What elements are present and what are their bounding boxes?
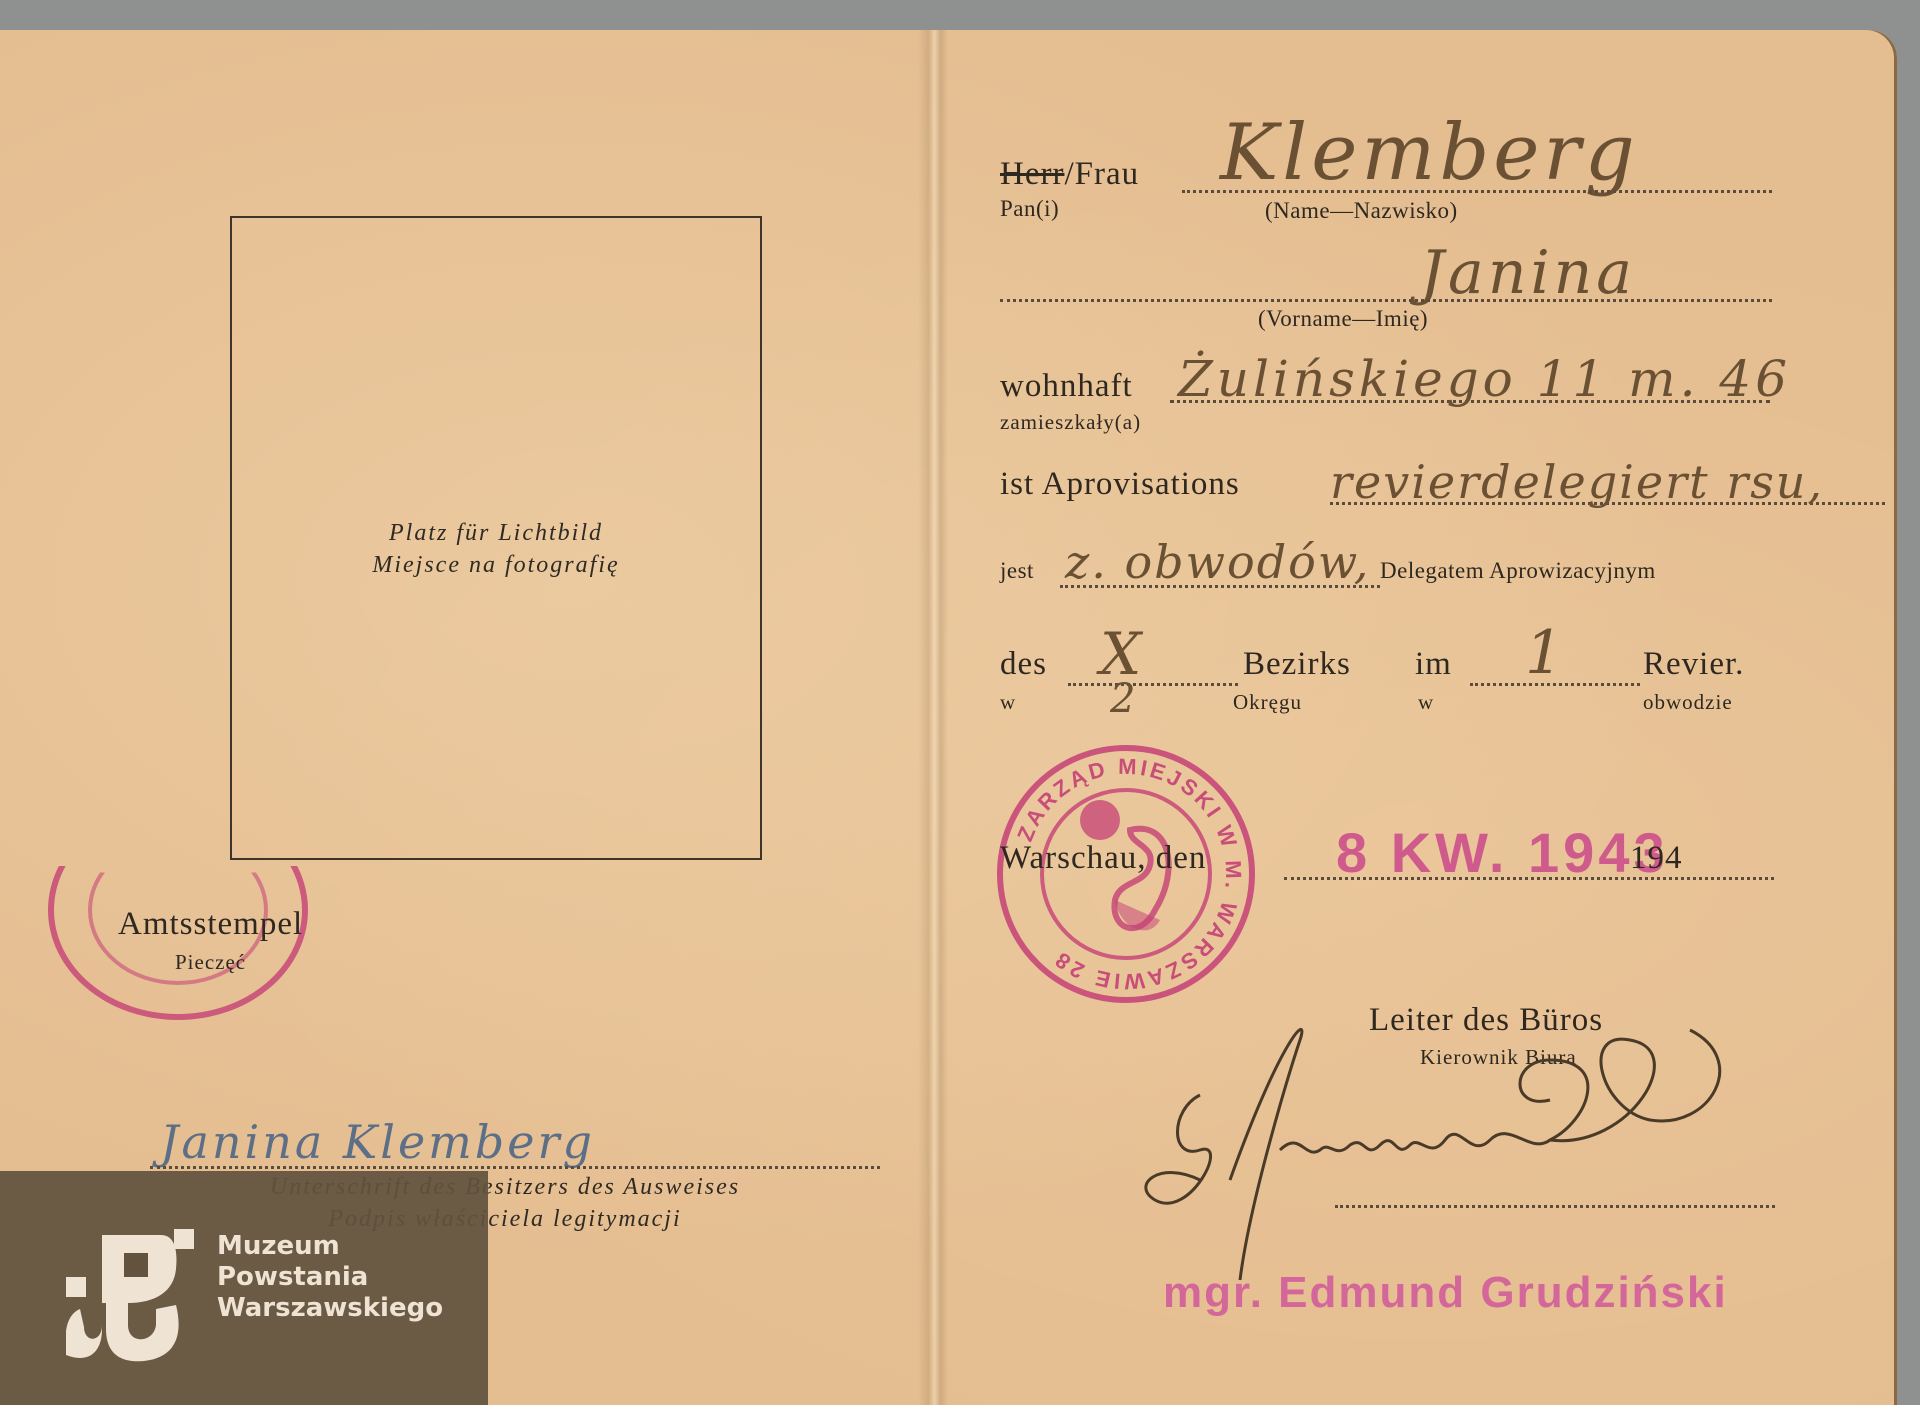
first-name-value: Janina — [1420, 238, 1636, 308]
district-value-pl: 2 — [1110, 676, 1139, 722]
role-pl-value: z. obwodów, — [1065, 535, 1370, 589]
official-stamp-label-pl: Pieczęć — [175, 950, 246, 975]
date-stamp: 8 KW. 1943 — [1336, 820, 1669, 885]
address-label-pl: zamieszkały(a) — [1000, 410, 1141, 435]
signatory-name-stamp: mgr. Edmund Grudziński — [1163, 1268, 1728, 1318]
address-value: Żulińskiego 11 m. 46 — [1178, 350, 1791, 408]
date-year-prefix: 194 — [1630, 840, 1683, 877]
district-w2: w — [1418, 690, 1434, 715]
district-line — [1068, 683, 1238, 686]
museum-name-line2: Powstania — [217, 1262, 443, 1293]
district-bezirks: Bezirks — [1243, 646, 1351, 683]
district-okregu: Okręgu — [1233, 690, 1302, 715]
museum-logo-overlay: Muzeum Powstania Warszawskiego — [0, 1171, 488, 1405]
role-label-de: ist Aprovisations — [1000, 466, 1240, 503]
surname-value: Klemberg — [1220, 108, 1639, 198]
surname-line — [1182, 190, 1772, 193]
official-signature — [1130, 1000, 1870, 1300]
surname-caption: (Name—Nazwisko) — [1265, 198, 1458, 224]
museum-name-line1: Muzeum — [217, 1231, 443, 1262]
district-obwodzie: obwodzie — [1643, 690, 1733, 715]
revier-value: 1 — [1525, 618, 1567, 688]
district-revier: Revier. — [1643, 646, 1744, 683]
role-pl-suffix: Delegatem Aprowizacyjnym — [1380, 558, 1656, 584]
kotwica-anchor-icon — [66, 1229, 196, 1363]
photo-placeholder-de: Platz für Lichtbild — [230, 520, 762, 547]
address-label-de: wohnhaft — [1000, 368, 1133, 405]
museum-name: Muzeum Powstania Warszawskiego — [217, 1231, 443, 1324]
first-name-line — [1000, 299, 1772, 302]
date-label: Warschau, den — [1000, 840, 1206, 877]
title-prefix: Herr/Frau — [1000, 156, 1139, 193]
center-fold — [918, 30, 948, 1405]
holder-signature: Janina Klemberg — [160, 1115, 595, 1169]
district-des: des — [1000, 646, 1047, 683]
role-label-pl: jest — [1000, 558, 1034, 584]
museum-name-line3: Warszawskiego — [217, 1293, 443, 1324]
first-name-caption: (Vorname—Imię) — [1258, 306, 1428, 332]
official-stamp-label-de: Amtsstempel — [118, 906, 303, 943]
title-prefix-struck: Herr — [1000, 156, 1064, 192]
role-value: revierdelegiert rsu, — [1330, 455, 1824, 509]
district-im: im — [1415, 646, 1452, 683]
district-w1: w — [1000, 690, 1016, 715]
title-prefix-sep: / — [1064, 156, 1074, 192]
signatory-line — [1335, 1205, 1775, 1208]
title-prefix-frau: Frau — [1075, 156, 1140, 192]
holder-signature-line — [150, 1166, 880, 1169]
title-prefix-pl: Pan(i) — [1000, 196, 1059, 222]
photo-placeholder-pl: Miejsce na fotografię — [230, 552, 762, 579]
